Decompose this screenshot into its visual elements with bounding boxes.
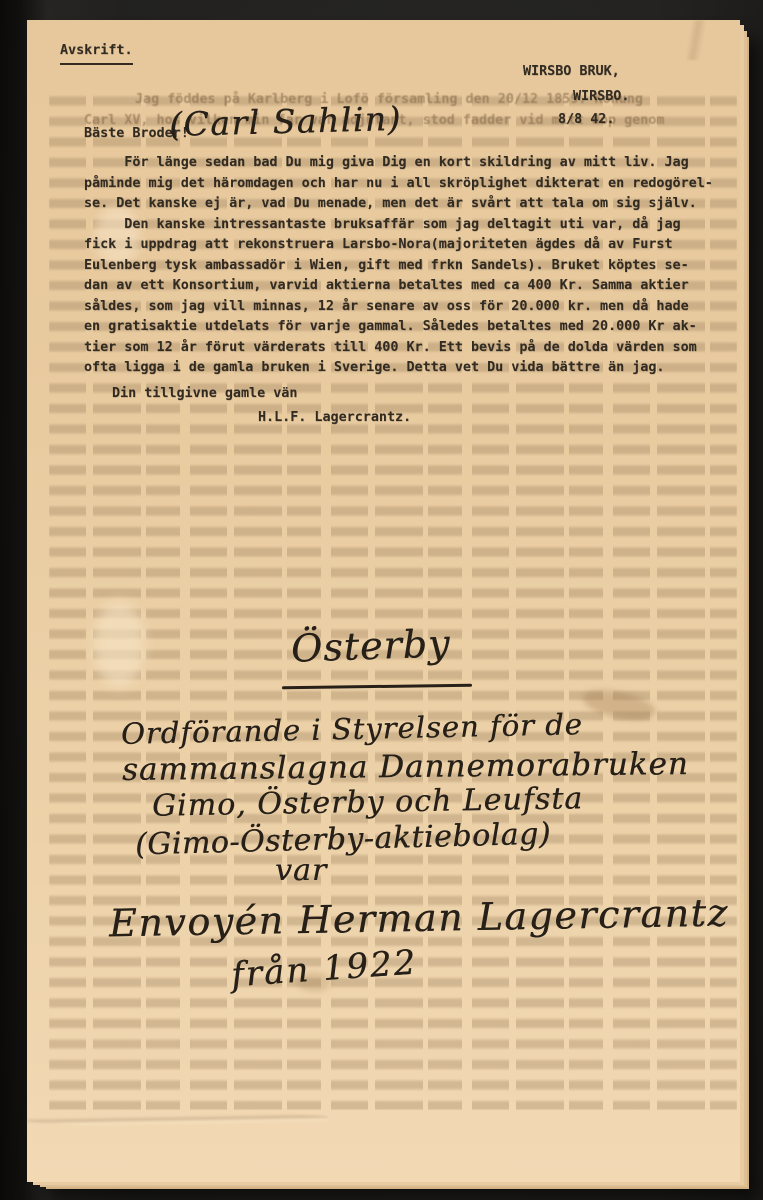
transcript-label: Avskrift. <box>60 41 133 65</box>
handwritten-heading: Österby <box>290 621 451 671</box>
handwritten-line-5: var <box>275 853 327 888</box>
signature: H.L.F. Lagercrantz. <box>258 408 411 429</box>
letterhead-date: 8/8 42. <box>558 110 614 131</box>
handwritten-line-2: sammanslagna Dannemorabruken <box>122 746 689 788</box>
letter-paper: Jag föddes på Karlberg i Lofö församling… <box>27 20 740 1182</box>
letter-body: För länge sedan bad Du mig giva Dig en k… <box>84 153 713 379</box>
letterhead-place: WIRSBO. <box>573 87 629 108</box>
letterhead-company: WIRSBO BRUK, <box>523 62 620 83</box>
closing-line: Din tillgivne gamle vän <box>112 384 297 405</box>
paper-crease <box>647 20 740 60</box>
handwritten-recipient-name: (Carl Sahlin) <box>169 99 403 144</box>
